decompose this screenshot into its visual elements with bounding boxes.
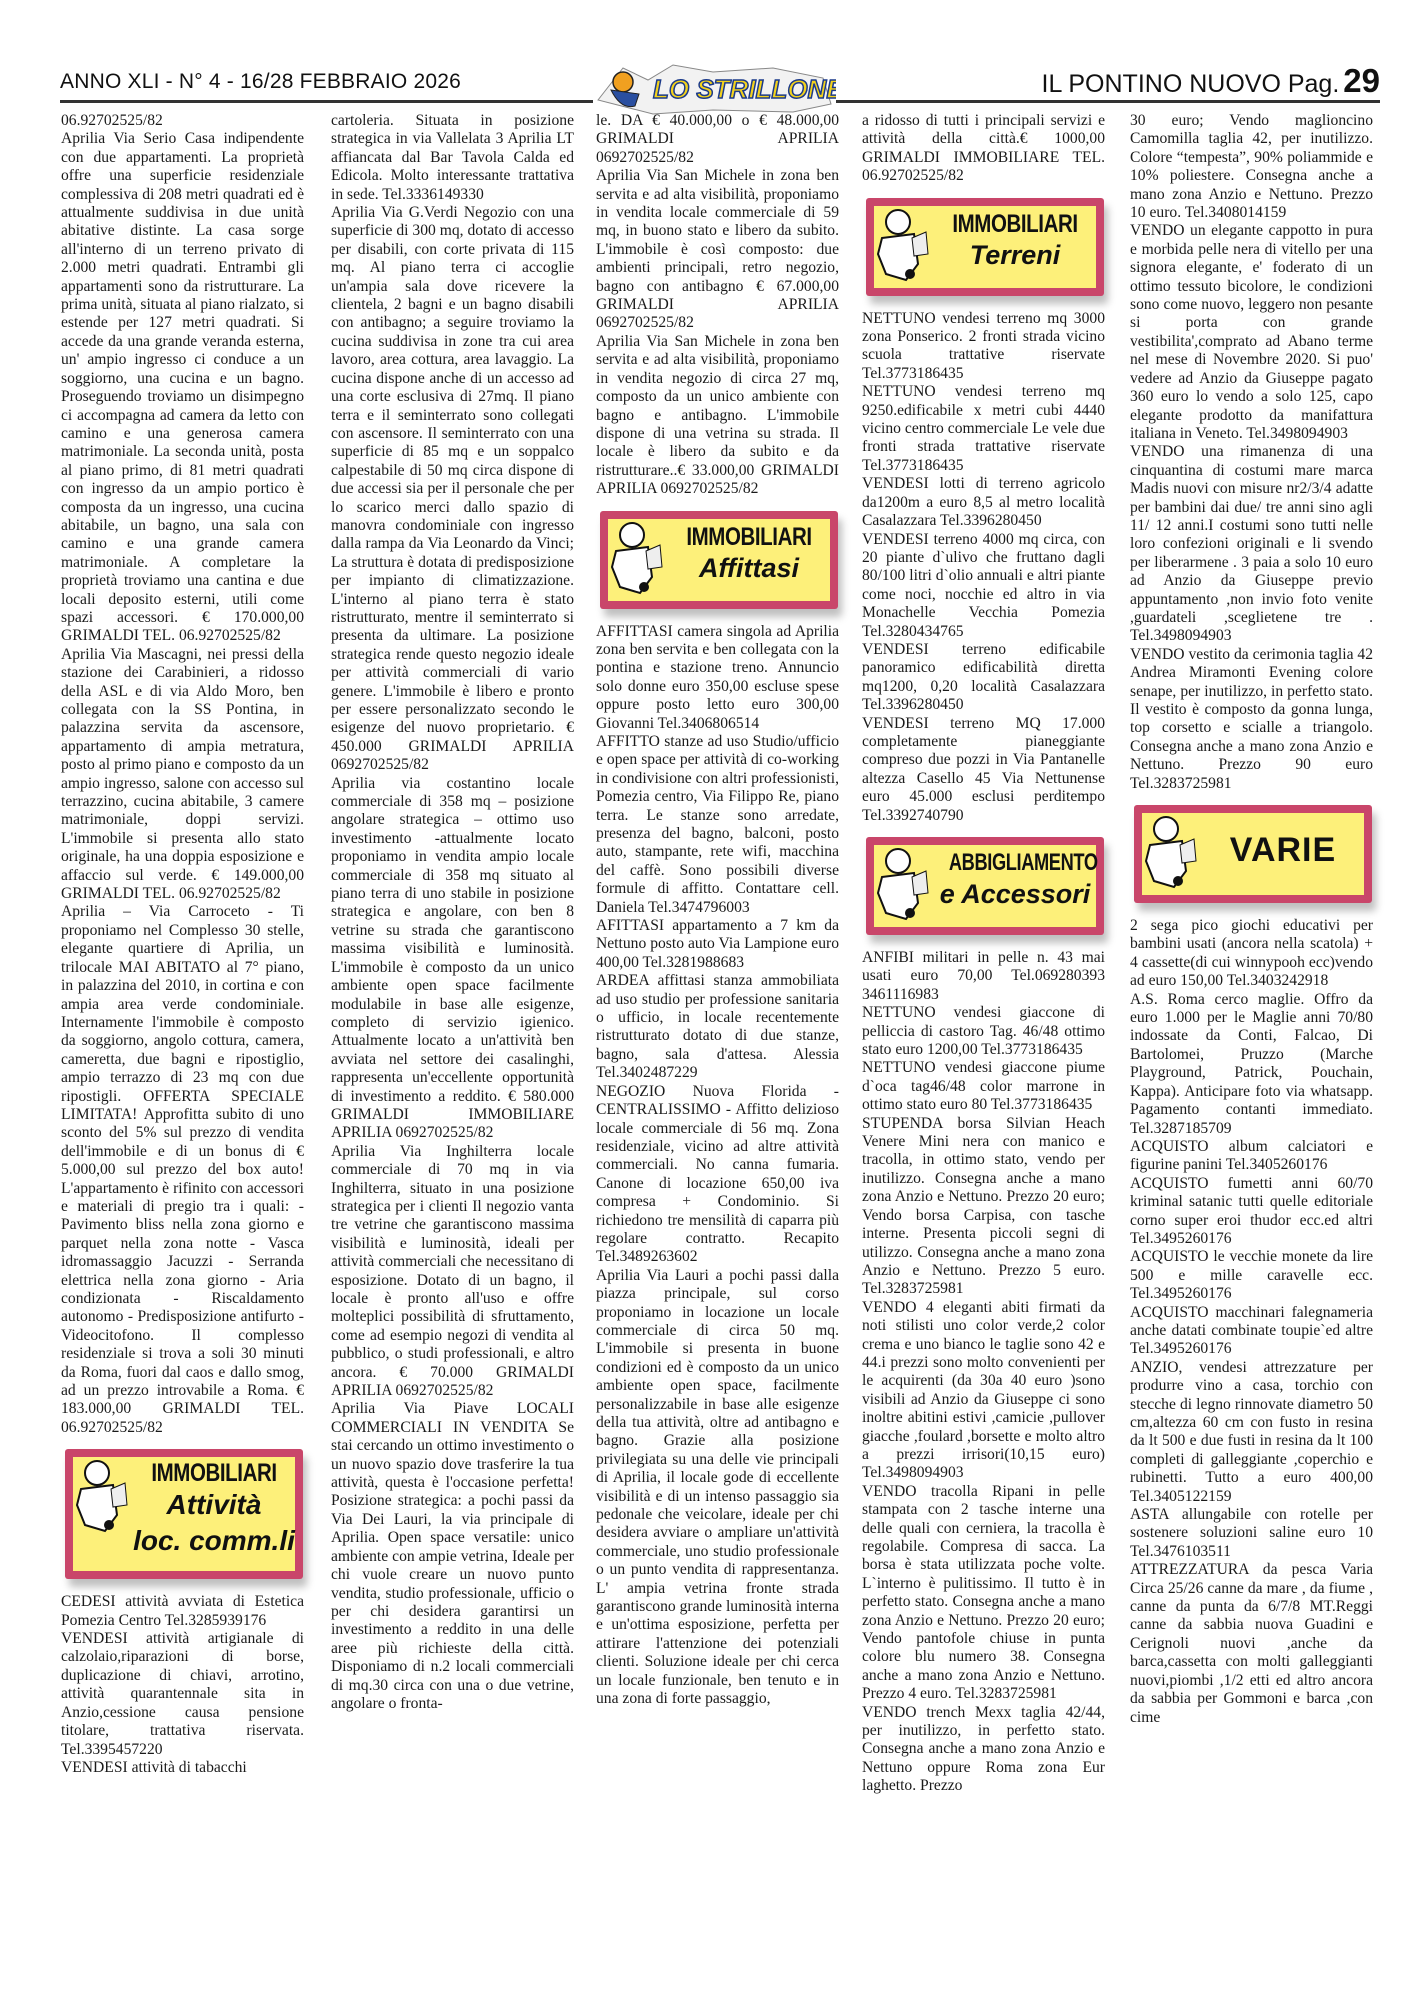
classified-ad: ACQUISTO album calciatori e figurine pan… <box>1130 1138 1373 1175</box>
classified-ad: Aprilia via costantino locale commercial… <box>331 775 574 1143</box>
classified-ad: 06.92702525/82 <box>61 112 304 130</box>
classified-ad: a ridosso di tutti i principali servizi … <box>862 112 1105 186</box>
banner-subtitle: Attività <box>127 1491 301 1519</box>
classified-ad: 30 euro; Vendo maglioncino Camomilla tag… <box>1130 112 1373 222</box>
classified-ad: VENDO trench Mexx taglia 42/44, per inut… <box>862 1704 1105 1796</box>
header-rule-right <box>836 100 1380 103</box>
classified-ad: VENDO tracolla Ripani in pelle stampata … <box>862 1483 1105 1704</box>
classified-ad: VENDESI lotti di terreno agricolo da1200… <box>862 475 1105 530</box>
page-number: 29 <box>1343 62 1380 99</box>
banner-varie: VARIE <box>1134 805 1372 903</box>
banner-subtitle: Terreni <box>928 242 1102 269</box>
classified-ad: ANZIO, vendesi attrezzature per produrre… <box>1130 1359 1373 1506</box>
column-5: 30 euro; Vendo maglioncino Camomilla tag… <box>1130 112 1373 1727</box>
banner-title: IMMOBILIARI <box>944 212 1087 237</box>
classified-ad: Aprilia Via Piave LOCALI COMMERCIALI IN … <box>331 1400 574 1713</box>
banner-immobiliari-attivita: IMMOBILIARI Attività loc. comm.li <box>65 1449 303 1579</box>
classified-ad: VENDESI terreno 4000 mq circa, con 20 pi… <box>862 531 1105 641</box>
classified-ad: VENDO un elegante cappotto in pura e mor… <box>1130 222 1373 443</box>
classified-ad: le. DA € 40.000,00 o € 48.000,00 GRIMALD… <box>596 112 839 167</box>
classified-ad: Aprilia Via San Michele in zona ben serv… <box>596 167 839 333</box>
header-rule-left <box>60 100 593 103</box>
banner-subtitle-2: loc. comm.li <box>127 1527 301 1555</box>
classified-ad: Aprilia Via Serio Casa indipendente con … <box>61 130 304 645</box>
classified-ad: NETTUNO vendesi giaccone di pelliccia di… <box>862 1004 1105 1059</box>
publication-name: IL PONTINO NUOVO Pag. <box>1042 70 1340 98</box>
classified-ad: ATTREZZATURA da pesca Varia Circa 25/26 … <box>1130 1561 1373 1727</box>
banner-immobiliari-affittasi: IMMOBILIARI Affittasi <box>600 511 838 609</box>
newsboy-mascot-icon <box>868 843 930 923</box>
classified-ad: ANFIBI militari in pelle n. 43 mai usati… <box>862 949 1105 1004</box>
banner-subtitle: Affittasi <box>662 555 836 582</box>
classified-ad: Aprilia – Via Carroceto - Ti proponiamo … <box>61 903 304 1437</box>
classified-ad: NETTUNO vendesi giaccone piume d`oca tag… <box>862 1059 1105 1114</box>
classified-ad: VENDESI terreno edificabile panoramico e… <box>862 641 1105 715</box>
classified-ad: AFFITTASI camera singola ad Aprilia zona… <box>596 623 839 733</box>
classified-ad: ACQUISTO fumetti anni 60/70 kriminal sat… <box>1130 1175 1373 1249</box>
classified-ad: VENDO vestito da cerimonia taglia 42 And… <box>1130 646 1373 793</box>
issue-info: ANNO XLI - N° 4 - 16/28 FEBBRAIO 2026 <box>60 70 461 94</box>
classified-ad: VENDESI attività artigianale di calzolai… <box>61 1630 304 1759</box>
banner-title: VARIE <box>1196 833 1370 867</box>
publication-title: IL PONTINO NUOVO Pag.29 <box>1042 62 1380 100</box>
column-1: 06.92702525/82 Aprilia Via Serio Casa in… <box>61 112 304 1777</box>
classified-ad: VENDO 4 eleganti abiti firmati da noti s… <box>862 1299 1105 1483</box>
classified-ad: VENDESI terreno MQ 17.000 completamente … <box>862 715 1105 825</box>
classified-ad: cartoleria. Situata in posizione strateg… <box>331 112 574 204</box>
classified-ad: Aprilia Via San Michele in zona ben serv… <box>596 333 839 499</box>
classified-ad: VENDO una rimanenza di una cinquantina d… <box>1130 443 1373 645</box>
classified-ad: NETTUNO vendesi terreno mq 9250.edificab… <box>862 383 1105 475</box>
classified-ad: STUPENDA borsa Silvian Heach Venere Mini… <box>862 1115 1105 1299</box>
svg-text:LO STRILLONE: LO STRILLONE <box>653 74 836 104</box>
newsboy-mascot-icon <box>67 1455 129 1535</box>
classified-ad: A.S. Roma cerco maglie. Offro da euro 1.… <box>1130 991 1373 1138</box>
lo-strillone-logo: LO STRILLONE <box>593 60 836 118</box>
classified-ad: NETTUNO vendesi terreno mq 3000 zona Pon… <box>862 310 1105 384</box>
classified-ad: NEGOZIO Nuova Florida - CENTRALISSIMO - … <box>596 1083 839 1267</box>
classified-ad: ACQUISTO macchinari falegnameria anche d… <box>1130 1304 1373 1359</box>
newsboy-mascot-icon <box>602 517 664 597</box>
classified-ad: ARDEA affittasi stanza ammobiliata ad us… <box>596 972 839 1082</box>
classified-ad: Aprilia Via G.Verdi Negozio con una supe… <box>331 204 574 775</box>
newsboy-mascot-icon <box>1136 811 1198 891</box>
banner-immobiliari-terreni: IMMOBILIARI Terreni <box>866 198 1104 296</box>
banner-subtitle: e Accessori <box>928 881 1102 908</box>
column-3: le. DA € 40.000,00 o € 48.000,00 GRIMALD… <box>596 112 839 1709</box>
classified-ad: ASTA allungabile con rotelle per sostene… <box>1130 1506 1373 1561</box>
classified-ad: Aprilia Via Inghilterra locale commercia… <box>331 1143 574 1401</box>
classified-ad: AFITTASI appartamento a 7 km da Nettuno … <box>596 917 839 972</box>
classified-ad: ACQUISTO le vecchie monete da lire 500 e… <box>1130 1248 1373 1303</box>
classified-ad: CEDESI attività avviata di Estetica Pome… <box>61 1593 304 1630</box>
column-4: a ridosso di tutti i principali servizi … <box>862 112 1105 1796</box>
classified-ad: Aprilia Via Lauri a pochi passi dalla pi… <box>596 1267 839 1709</box>
banner-title: IMMOBILIARI <box>143 1461 286 1486</box>
classified-ad: Aprilia Via Mascagni, nei pressi della s… <box>61 646 304 904</box>
banner-title: IMMOBILIARI <box>678 525 821 550</box>
banner-title: ABBIGLIAMENTO <box>949 851 1081 875</box>
column-2: cartoleria. Situata in posizione strateg… <box>331 112 574 1713</box>
classified-ad: AFFITTO stanze ad uso Studio/ufficio e o… <box>596 733 839 917</box>
classified-ad: 2 sega pico giochi educativi per bambini… <box>1130 917 1373 991</box>
newsboy-mascot-icon <box>868 204 930 284</box>
banner-abbigliamento-accessori: ABBIGLIAMENTO e Accessori <box>866 837 1104 935</box>
classified-ad: VENDESI attività di tabacchi <box>61 1759 304 1777</box>
